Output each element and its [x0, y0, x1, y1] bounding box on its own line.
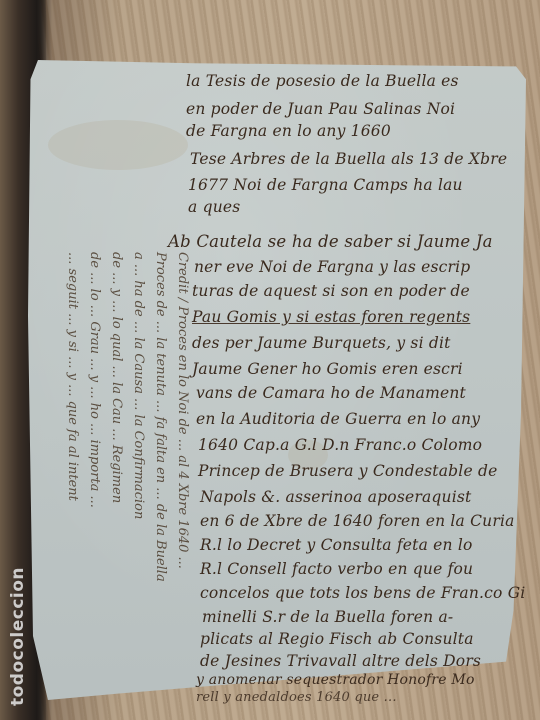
text-line: Ab Cautela se ha de saber si Jaume Ja [168, 232, 493, 251]
margin-notes: Credit / Proces en lo Noi de ... al 4 Xb… [0, 252, 190, 422]
text-line: Jaume Gener ho Gomis eren escri [192, 360, 463, 378]
margin-note-line: Credit / Proces en lo Noi de ... al 4 Xb… [175, 252, 190, 569]
text-line: 1677 Noi de Fargna Camps ha lau [188, 176, 463, 194]
text-line: ner eve Noi de Fargna y las escrip [194, 258, 470, 276]
watermark-text: todocoleccion [8, 567, 28, 706]
margin-note-line: de ... lo ... Grau ... y ... ho ... impo… [87, 252, 102, 508]
text-line: de Fargna en lo any 1660 [186, 122, 391, 140]
text-line: 1640 Cap.a G.l D.n Franc.o Colomo [198, 436, 482, 454]
text-line: a ques [188, 198, 240, 216]
paper-stain [48, 120, 188, 170]
text-line: de Jesines Trivavall altre dels Dors [200, 652, 481, 670]
text-line: R.l Consell facto verbo en que fou [200, 560, 473, 578]
text-line: Tese Arbres de la Buella als 13 de Xbre [190, 150, 507, 168]
text-line: plicats al Regio Fisch ab Consulta [200, 630, 474, 648]
margin-note-line: de ... y ... lo qual ... la Cau ... Regi… [109, 252, 124, 503]
text-line: turas de aquest si son en poder de [192, 282, 470, 300]
text-line: Napols &. asserinoa aposeraquist [200, 488, 471, 506]
text-line: Pau Gomis y si estas foren regents [192, 308, 470, 326]
margin-note-line: a ... ha de ... la Causa ... la Confirma… [131, 252, 146, 519]
text-line: la Tesis de posesio de la Buella es [186, 72, 459, 90]
text-line: minelli S.r de la Buella foren a- [202, 608, 453, 626]
margin-note-line: ... seguit ... y si ... y ... que fa al … [65, 252, 80, 501]
text-line: vans de Camara ho de Manament [196, 384, 466, 402]
text-line: concelos que tots los bens de Fran.co Gi [200, 584, 525, 602]
text-line: en la Auditoria de Guerra en lo any [196, 410, 480, 428]
text-line: rell y anedaldoes 1640 que ... [196, 690, 397, 705]
text-line: en 6 de Xbre de 1640 foren en la Curia [200, 512, 515, 530]
text-line: R.l lo Decret y Consulta feta en lo [200, 536, 473, 554]
text-line: des per Jaume Burquets, y si dit [192, 334, 451, 352]
text-line: en poder de Juan Pau Salinas Noi [186, 100, 455, 118]
margin-note-line: Proces de ... la tenuta ... fa falta en … [153, 252, 168, 582]
text-line: y anomenar sequestrador Honofre Mo [196, 672, 475, 688]
text-line: Princep de Brusera y Condestable de [198, 462, 497, 480]
